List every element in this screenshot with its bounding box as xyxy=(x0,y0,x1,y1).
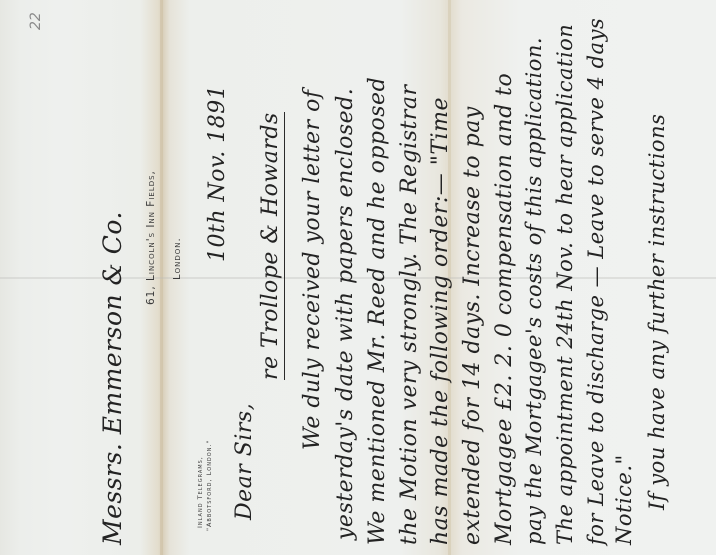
body-line: the Motion very strongly. The Registrar xyxy=(397,85,422,545)
body-line: extended for 14 days. Increase to pay xyxy=(460,106,485,545)
body-line: has made the following order:— "Time xyxy=(428,97,453,545)
letterhead-address-line2: London. xyxy=(172,237,183,280)
body-line: Notice." xyxy=(612,454,636,545)
body-line: If you have any further instructions xyxy=(645,114,669,510)
archive-mark: 22 xyxy=(28,12,44,30)
salutation: Dear Sirs, xyxy=(232,403,257,520)
letterhead-telegrams-line1: Inland Telegrams, xyxy=(196,456,204,528)
body-line: for Leave to discharge — Leave to serve … xyxy=(584,18,608,545)
body-line: We duly received your letter of xyxy=(300,90,325,451)
letter-date: 10th Nov. 1891 xyxy=(205,85,230,262)
addressee: Messrs. Emmerson & Co. xyxy=(98,211,127,545)
body-line: The appointment 24th Nov. to hear applic… xyxy=(553,24,577,545)
letter-page: 22 Messrs. Emmerson & Co. 61, Lincoln's … xyxy=(0,0,716,555)
subject-line: re Trollope & Howards xyxy=(258,112,285,380)
body-line: Mortgagee £2. 2. 0 compensation and to xyxy=(492,73,517,545)
letterhead-telegrams-line2: "Abbotsford, London." xyxy=(205,439,213,531)
body-line: yesterday's date with papers enclosed. xyxy=(333,88,358,540)
body-line: We mentioned Mr. Reed and he opposed xyxy=(365,77,390,545)
letterhead-address-line1: 61, Lincoln's Inn Fields, xyxy=(145,170,157,305)
body-line: pay the Mortgagee's costs of this applic… xyxy=(522,37,546,545)
